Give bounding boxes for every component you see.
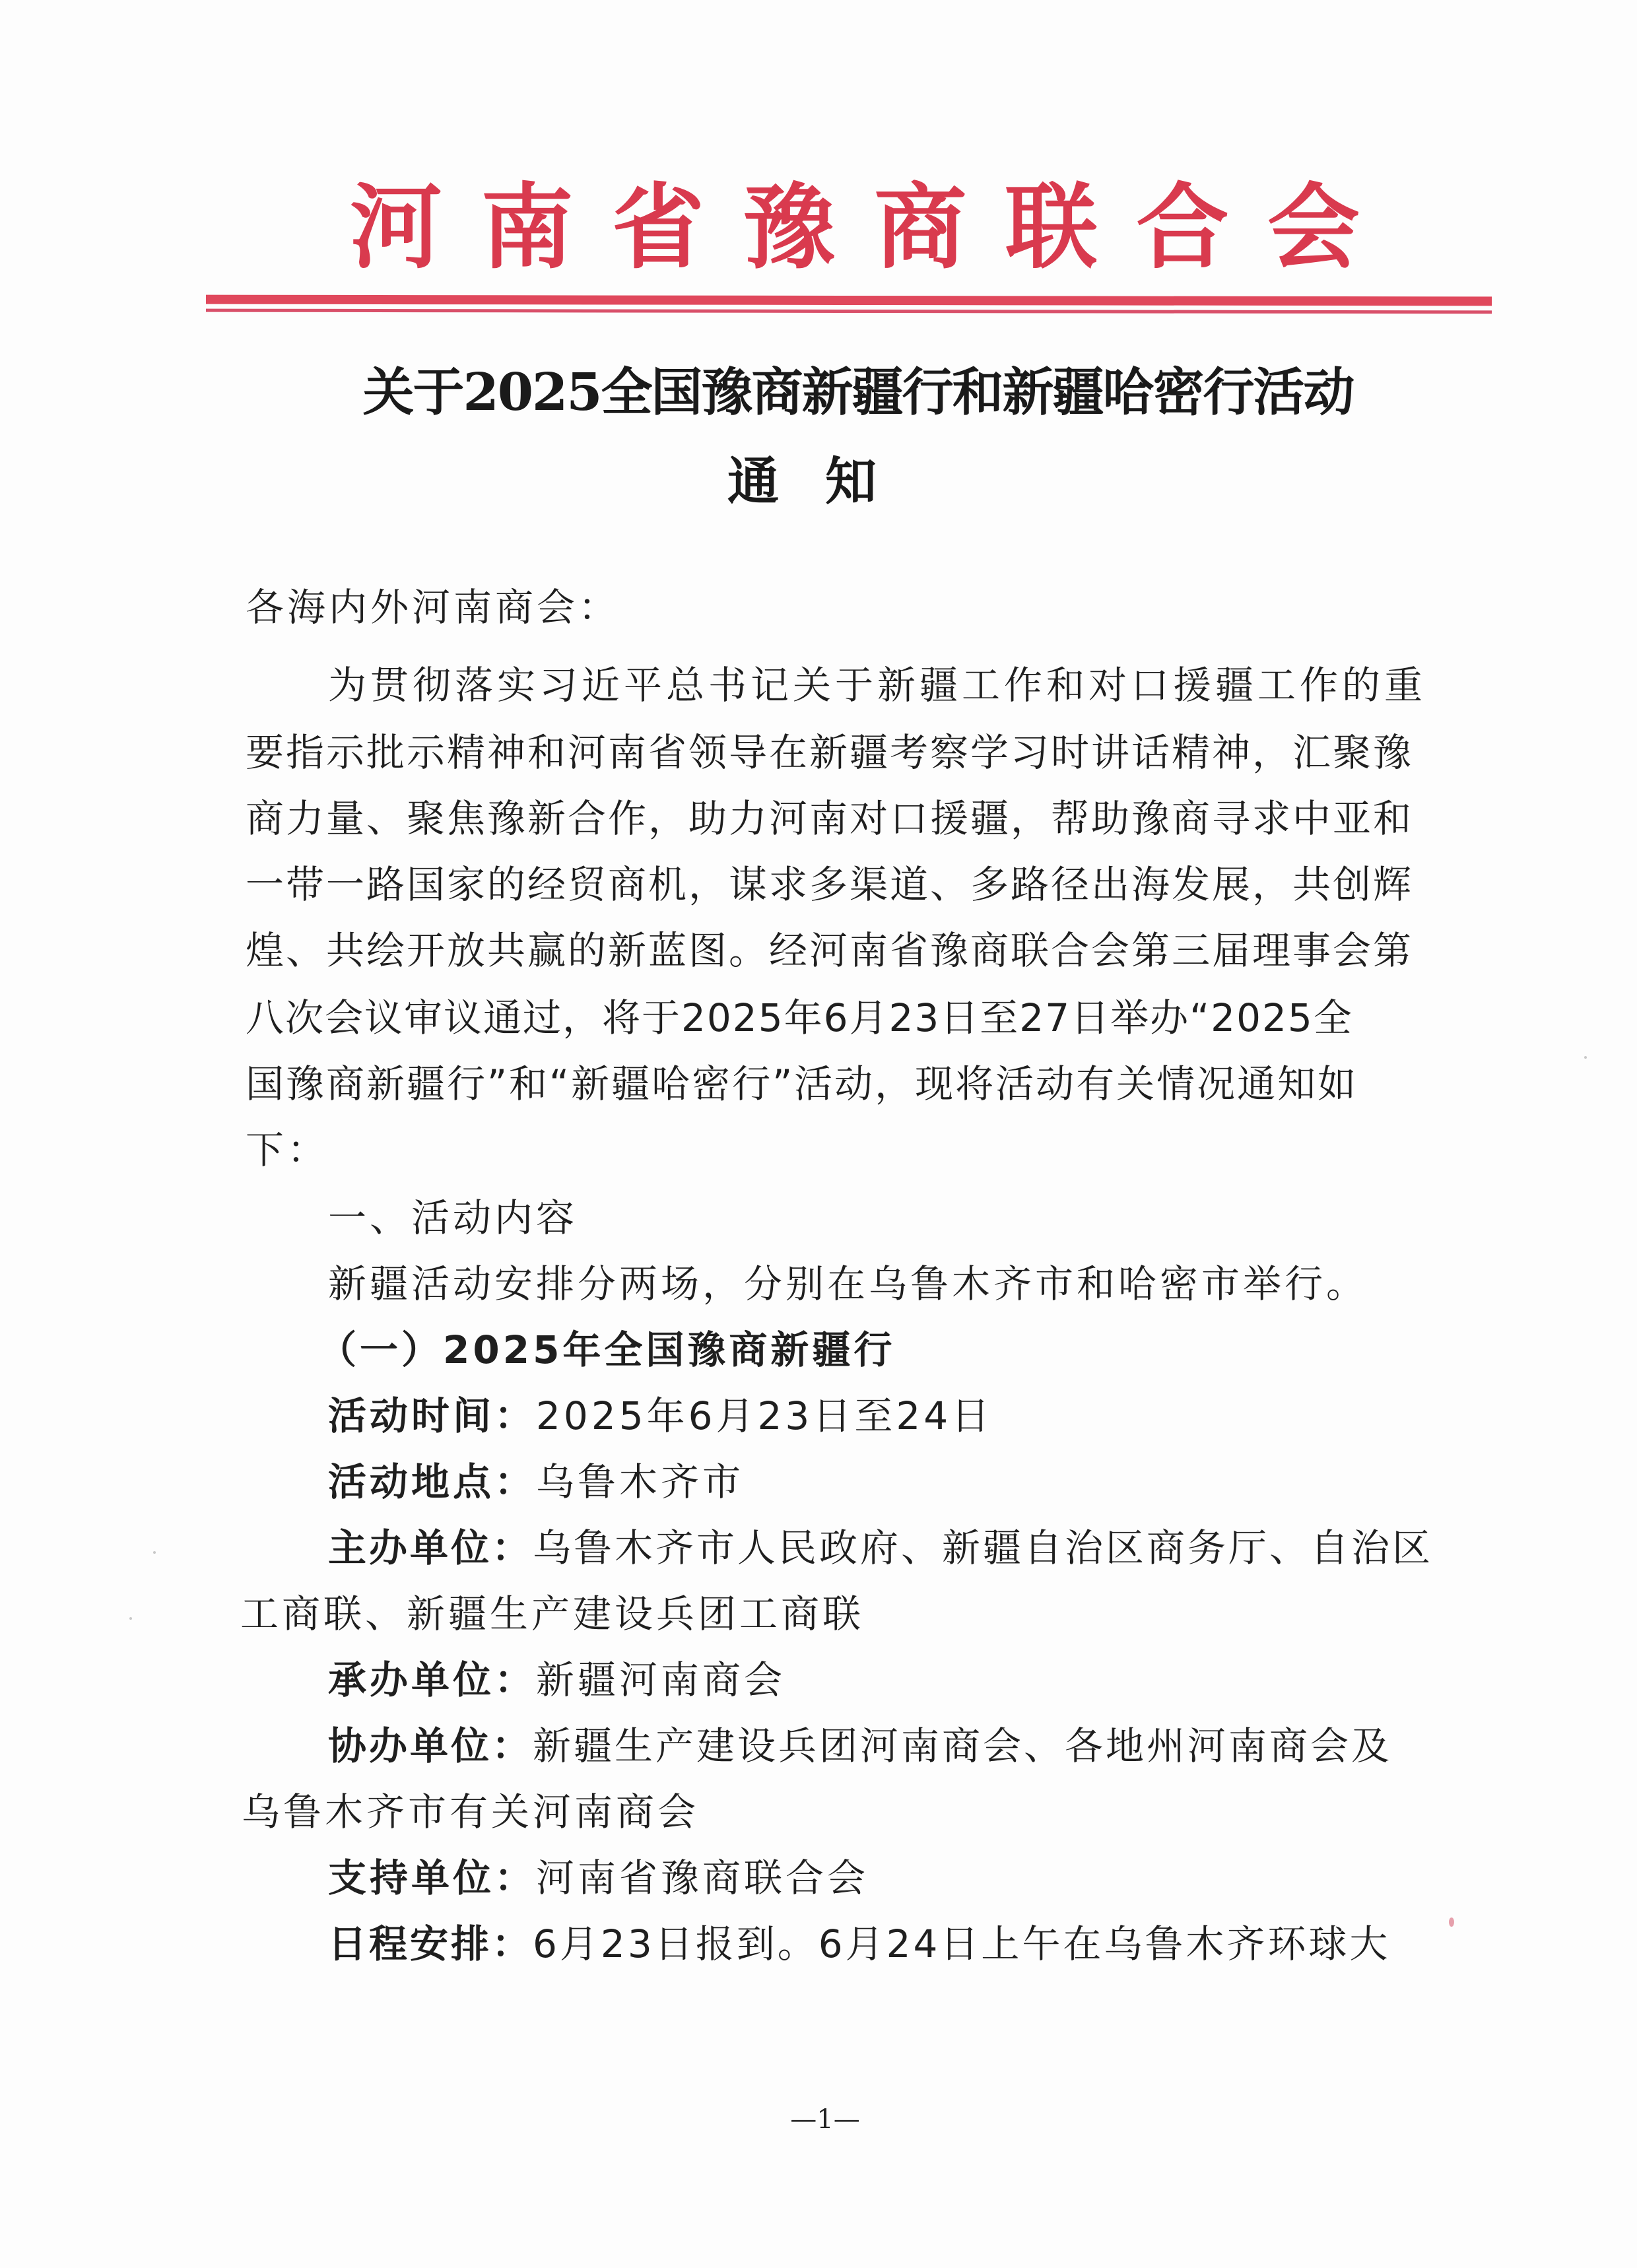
document-title: 关于2025全国豫商新疆行和新疆哈密行活动 bbox=[297, 360, 1419, 426]
detail-label: 支持单位： bbox=[328, 1855, 536, 1900]
detail-schedule: 日程安排：6月23日报到。6月24日上午在乌鲁木齐环球大 bbox=[328, 1921, 1390, 1967]
detail-supporter: 支持单位：河南省豫商联合会 bbox=[328, 1855, 869, 1901]
document-subtitle: 通知 bbox=[660, 449, 990, 515]
page-number: —1— bbox=[779, 2104, 871, 2135]
detail-value: 新疆河南商会 bbox=[536, 1657, 785, 1702]
subsection-heading: （一）2025年全国豫商新疆行 bbox=[318, 1327, 895, 1373]
section-heading: 一、活动内容 bbox=[328, 1195, 578, 1241]
document-page: 河 南 省 豫 商 联 合 会 关于2025全国豫商新疆行和新疆哈密行活动 通知… bbox=[0, 0, 1637, 2268]
detail-host-continued: 工商联、新疆生产建设兵团工商联 bbox=[240, 1591, 864, 1637]
paragraph-line: 八次会议审议通过，将于2025年6月23日至27日举办“2025全 bbox=[246, 995, 1353, 1041]
paragraph-line: 下： bbox=[246, 1127, 329, 1173]
letterhead-char: 联 bbox=[999, 182, 1104, 274]
detail-value: 乌鲁木齐市 bbox=[536, 1459, 744, 1504]
letterhead-char: 会 bbox=[1261, 182, 1366, 274]
detail-label: 承办单位： bbox=[328, 1657, 536, 1702]
letterhead-organization-name: 河 南 省 豫 商 联 合 会 bbox=[211, 172, 1498, 284]
scan-speck bbox=[129, 1617, 132, 1620]
scan-speck bbox=[1449, 1918, 1454, 1927]
paragraph-line: 要指示批示精神和河南省领导在新疆考察学习时讲话精神，汇聚豫 bbox=[246, 729, 1413, 776]
letterhead-char: 省 bbox=[605, 182, 711, 274]
detail-label: 协办单位： bbox=[328, 1723, 533, 1768]
detail-co-organizer: 协办单位：新疆生产建设兵团河南商会、各地州河南商会及 bbox=[328, 1723, 1392, 1769]
letterhead-char: 南 bbox=[475, 182, 580, 274]
letterhead-char: 河 bbox=[343, 182, 449, 274]
paragraph-line: 一带一路国家的经贸商机，谋求多渠道、多路径出海发展，共创辉 bbox=[246, 861, 1413, 908]
letterhead-char: 合 bbox=[1129, 182, 1235, 274]
letterhead-char: 豫 bbox=[737, 182, 842, 274]
detail-label: 活动时间： bbox=[328, 1393, 536, 1438]
paragraph-line: 商力量、聚焦豫新合作，助力河南对口援疆，帮助豫商寻求中亚和 bbox=[246, 795, 1413, 842]
detail-value: 乌鲁木齐市人民政府、新疆自治区商务厅、自治区 bbox=[533, 1525, 1433, 1570]
detail-label: 活动地点： bbox=[328, 1459, 536, 1504]
paragraph-line: 为贯彻落实习近平总书记关于新疆工作和对口援疆工作的重 bbox=[328, 662, 1426, 708]
detail-time: 活动时间：2025年6月23日至24日 bbox=[328, 1393, 993, 1439]
letterhead-char: 商 bbox=[867, 182, 973, 274]
letterhead-divider-thick bbox=[206, 295, 1492, 306]
detail-location: 活动地点：乌鲁木齐市 bbox=[328, 1459, 744, 1505]
section-intro: 新疆活动安排分两场，分别在乌鲁木齐市和哈密市举行。 bbox=[328, 1261, 1368, 1307]
detail-value: 河南省豫商联合会 bbox=[536, 1855, 869, 1900]
scan-speck bbox=[153, 1551, 156, 1554]
paragraph-line: 国豫商新疆行”和“新疆哈密行”活动，现将活动有关情况通知如 bbox=[246, 1061, 1358, 1107]
detail-value: 2025年6月23日至24日 bbox=[536, 1393, 993, 1438]
detail-label: 主办单位： bbox=[328, 1525, 533, 1570]
detail-co-organizer-continued: 乌鲁木齐市有关河南商会 bbox=[242, 1789, 699, 1835]
detail-label: 日程安排： bbox=[328, 1921, 533, 1966]
detail-value: 新疆生产建设兵团河南商会、各地州河南商会及 bbox=[533, 1723, 1392, 1768]
salutation: 各海内外河南商会： bbox=[246, 584, 620, 630]
letterhead-divider-thin bbox=[206, 309, 1492, 314]
detail-host: 主办单位：乌鲁木齐市人民政府、新疆自治区商务厅、自治区 bbox=[328, 1525, 1433, 1571]
paragraph-line: 煌、共绘开放共赢的新蓝图。经河南省豫商联合会第三届理事会第 bbox=[246, 927, 1413, 974]
detail-value: 6月23日报到。6月24日上午在乌鲁木齐环球大 bbox=[533, 1921, 1390, 1966]
scan-speck bbox=[1584, 1056, 1587, 1059]
detail-organizer: 承办单位：新疆河南商会 bbox=[328, 1657, 785, 1703]
